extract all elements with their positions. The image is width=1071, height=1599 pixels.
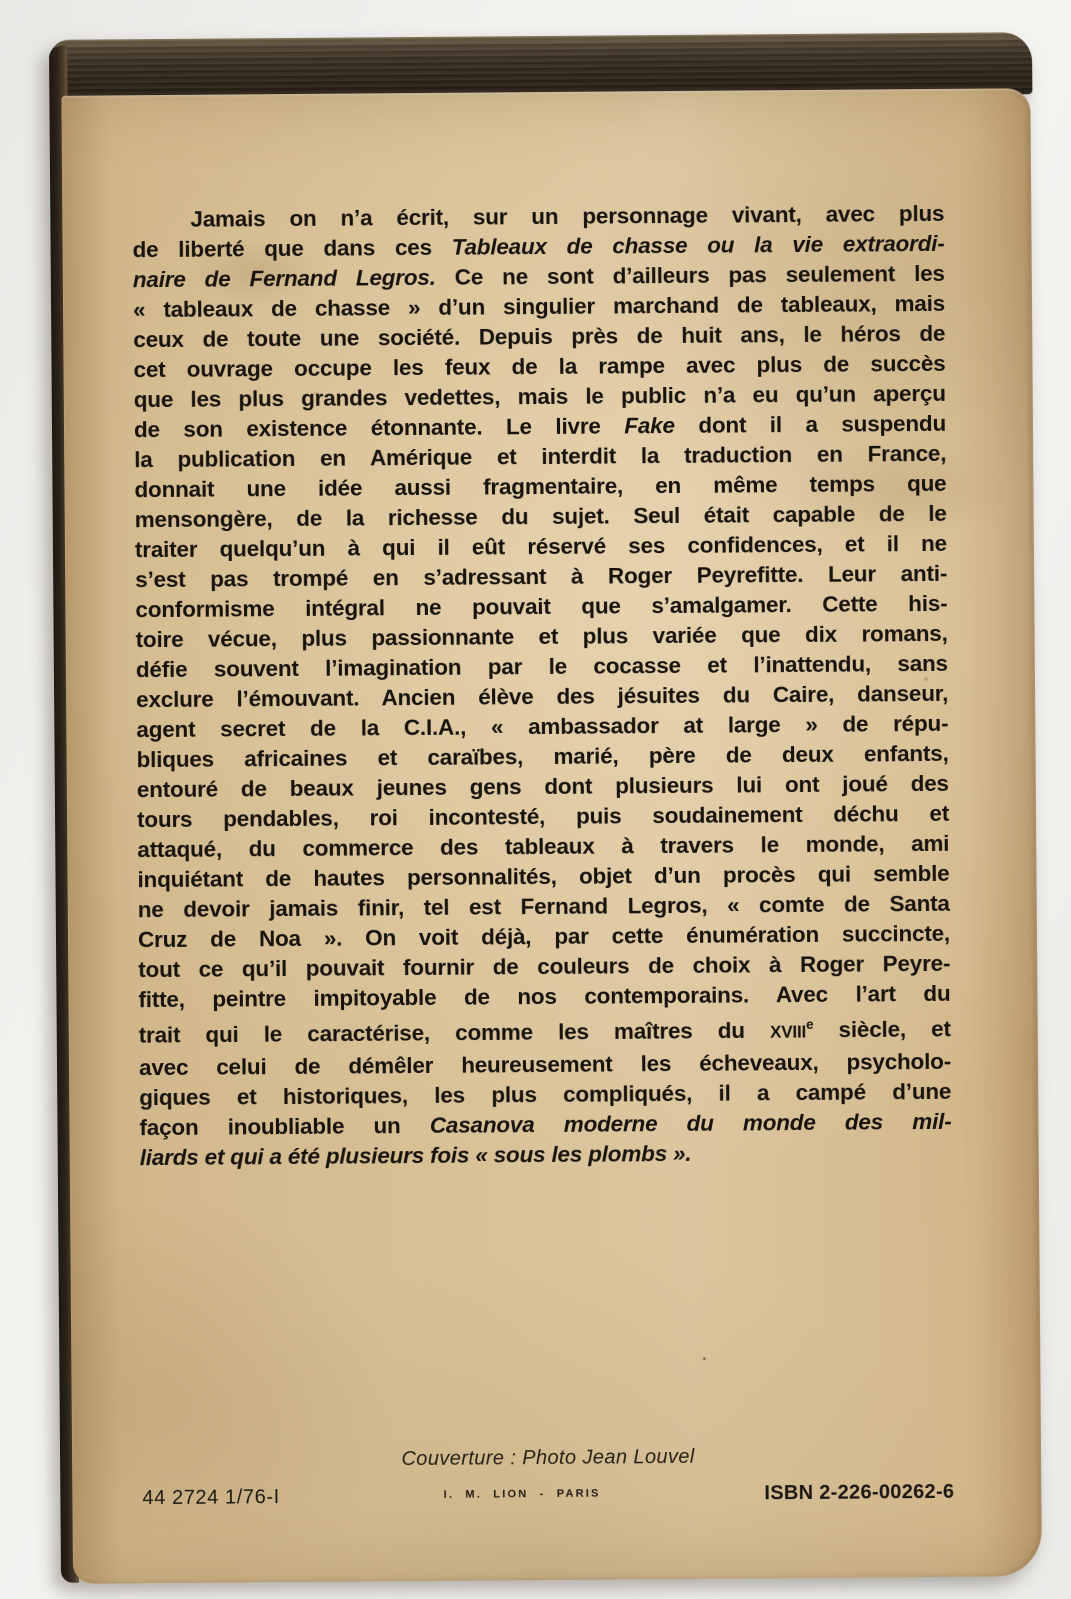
- photo-background: Jamais on n’a écrit, sur un personnage v…: [0, 0, 1071, 1599]
- blurb-line: façon inoubliable un Casanova moderne du…: [139, 1106, 951, 1142]
- isbn-number: ISBN 2-226-00262-6: [764, 1481, 954, 1505]
- printer-imprint: I. M. LION - PARIS: [444, 1488, 601, 1501]
- blurb-line: trait qui le caractérise, comme les maît…: [139, 1009, 951, 1053]
- book-back-cover: Jamais on n’a écrit, sur un personnage v…: [49, 32, 1044, 1586]
- blurb-text: Jamais on n’a écrit, sur un personnage v…: [132, 199, 952, 1173]
- print-code: 44 2724 1/76-I: [142, 1486, 280, 1510]
- footer-row: 44 2724 1/76-I I. M. LION - PARIS ISBN 2…: [142, 1481, 954, 1510]
- cover-paper: Jamais on n’a écrit, sur un personnage v…: [61, 88, 1042, 1584]
- blurb-line: liards et qui a été plusieurs fois « sou…: [140, 1136, 952, 1172]
- cover-credit: Couverture : Photo Jean Louvel: [142, 1444, 954, 1473]
